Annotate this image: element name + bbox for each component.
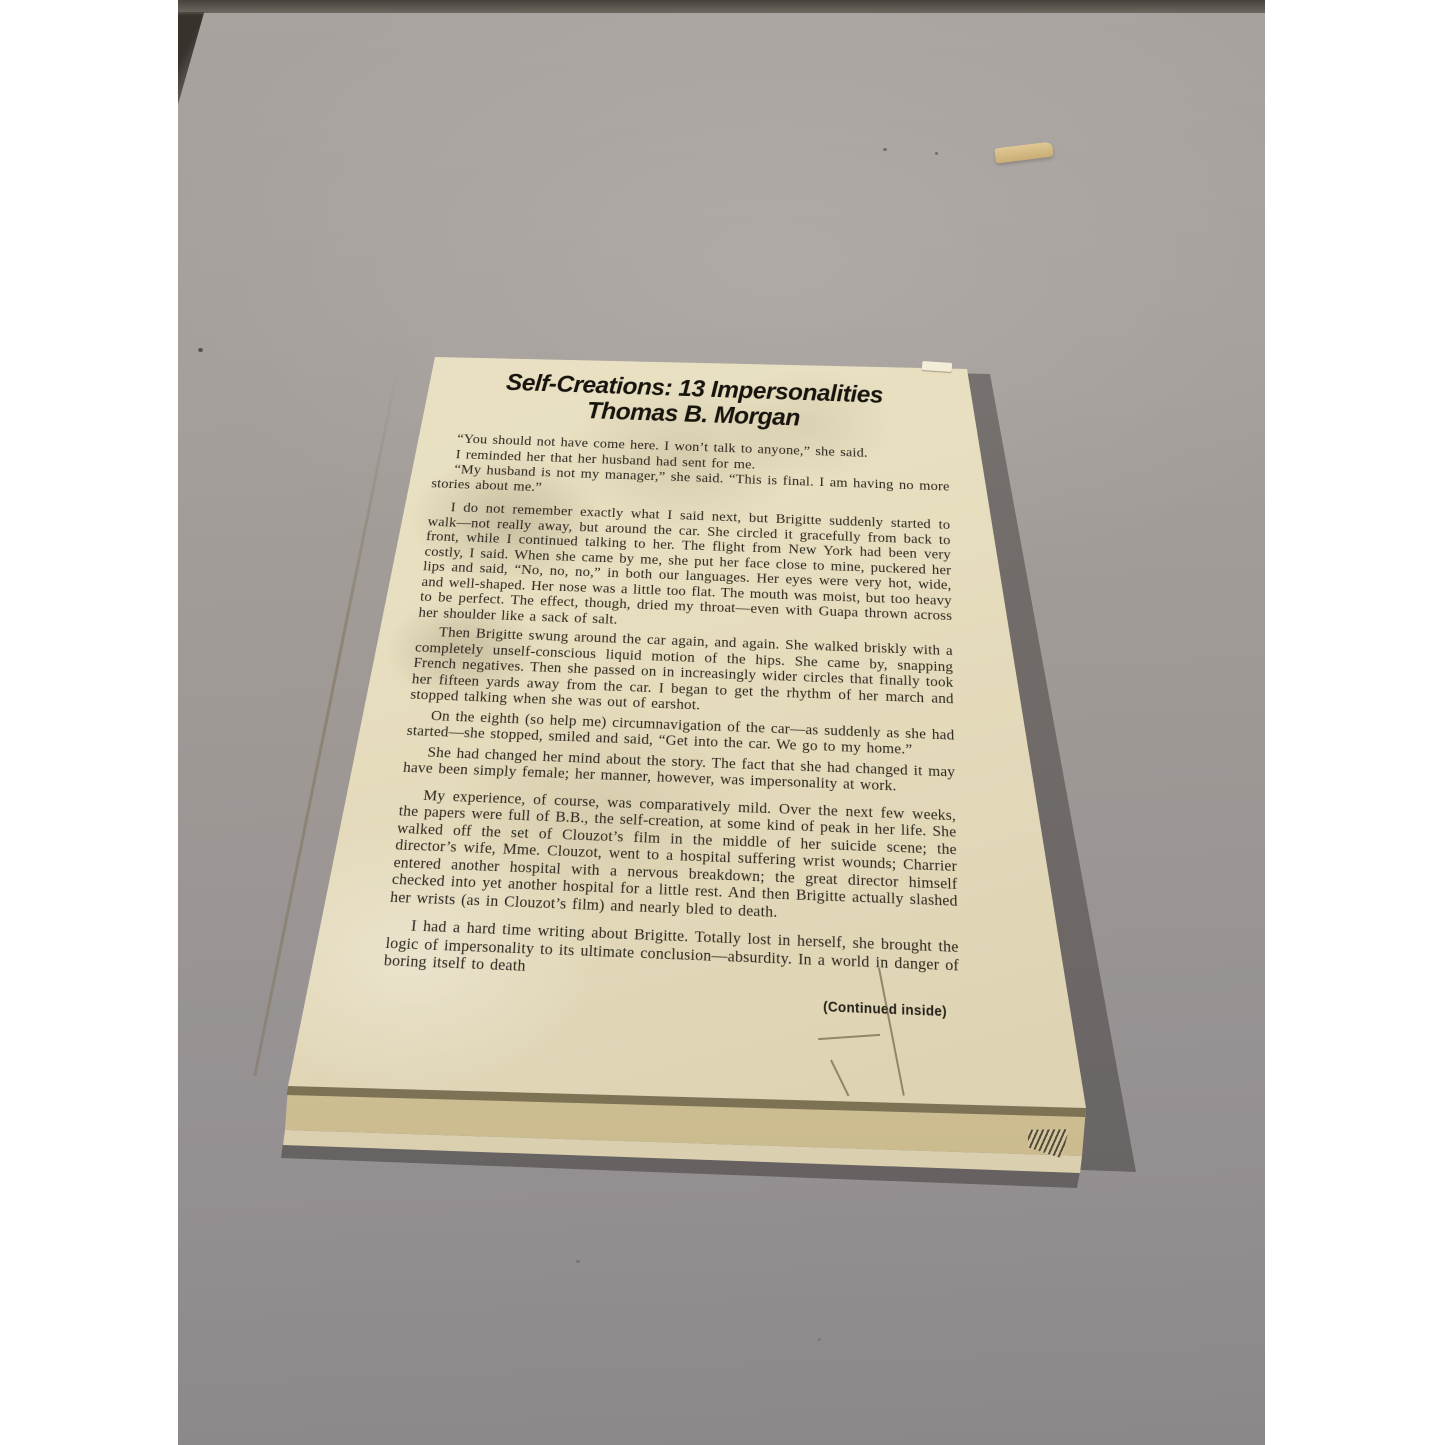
paper-scrap <box>994 142 1053 164</box>
table-speck <box>576 1260 580 1263</box>
background-dark-edge <box>178 0 1265 13</box>
white-matte-right <box>1265 0 1445 1445</box>
book-photograph: Self-Creations: 13 Impersonalities Thoma… <box>178 0 1265 1445</box>
jacket-text-block: Self-Creations: 13 Impersonalities Thoma… <box>380 369 960 1020</box>
jacket-paragraph: I do not remember exactly what I said ne… <box>418 500 953 640</box>
jacket-paragraph: My experience, of course, was comparativ… <box>389 787 958 929</box>
listing-photo-canvas: Self-Creations: 13 Impersonalities Thoma… <box>0 0 1445 1445</box>
table-speck <box>935 152 938 155</box>
table-speck <box>198 348 203 352</box>
jacket-body-text: “You should not have come here. I won’t … <box>380 431 960 1019</box>
corner-shadow <box>178 12 216 104</box>
table-speck <box>818 1338 821 1341</box>
jacket-paragraph: I had a hard time writing about Brigitte… <box>383 917 960 993</box>
table-speck <box>883 148 887 151</box>
white-matte-left <box>0 0 178 1445</box>
jacket-paragraph: Then Brigitte swung around the car again… <box>410 624 955 723</box>
